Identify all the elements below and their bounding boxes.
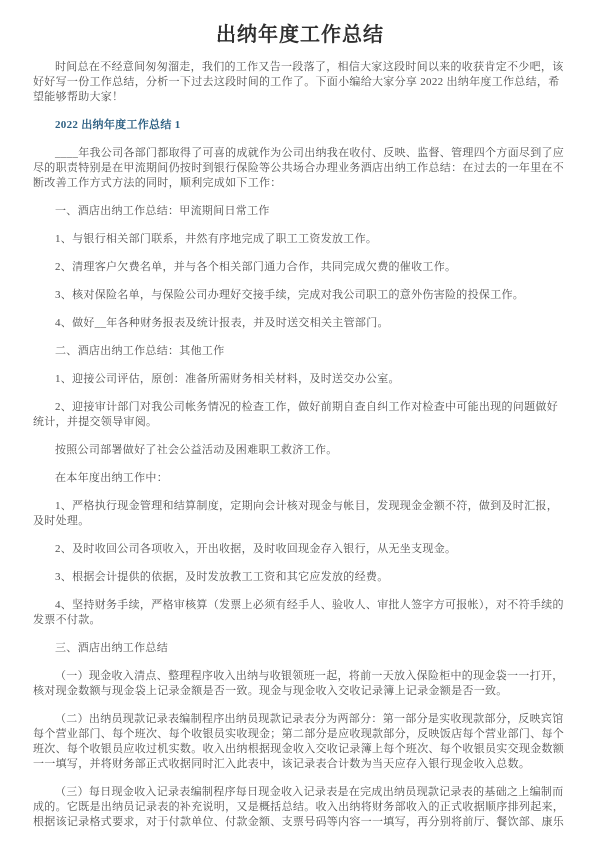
paragraph: 2、清理客户欠费名单，并与各个相关部门通力合作，共同完成欠费的催收工作。 — [33, 260, 567, 275]
paragraph: 4、坚持财务手续，严格审核算（发票上必须有经手人、验收人、审批人签字方可报帐），… — [33, 598, 567, 628]
paragraph: 4、做好__年各种财务报表及统计报表，并及时送交相关主管部门。 — [33, 316, 567, 331]
section-heading: 2022 出纳年度工作总结 1 — [33, 118, 567, 133]
document-body: 时间总在不经意间匆匆溜走，我们的工作又告一段落了，相信大家这段时间以来的收获肯定… — [33, 60, 567, 830]
paragraph: 2、及时收回公司各项收入，开出收据，及时收回现金存入银行，从无坐支现金。 — [33, 542, 567, 557]
paragraph: 1、严格执行现金管理和结算制度，定期向会计核对现金与帐目，发现现金金额不符，做到… — [33, 499, 567, 529]
paragraph: 三、酒店出纳工作总结 — [33, 641, 567, 656]
paragraph: （二）出纳员现款记录表编制程序出纳员现款记录表分为两部分：第一部分是实收现款部分… — [33, 712, 567, 772]
paragraph: 3、根据会计提供的依据，及时发放教工工资和其它应发放的经费。 — [33, 570, 567, 585]
paragraph: 1、与银行相关部门联系，井然有序地完成了职工工资发放工作。 — [33, 232, 567, 247]
document-title: 出纳年度工作总结 — [33, 22, 567, 48]
paragraph: 时间总在不经意间匆匆溜走，我们的工作又告一段落了，相信大家这段时间以来的收获肯定… — [33, 60, 567, 105]
paragraph: 3、核对保险名单，与保险公司办理好交接手续，完成对我公司职工的意外伤害险的投保工… — [33, 288, 567, 303]
paragraph: （三）每日现金收入记录表编制程序每日现金收入记录表是在完成出纳员现款记录表的基础… — [33, 785, 567, 830]
paragraph: 按照公司部署做好了社会公益活动及困难职工救济工作。 — [33, 443, 567, 458]
paragraph: 2、迎接审计部门对我公司帐务情况的检查工作，做好前期自查自纠工作对检查中可能出现… — [33, 400, 567, 430]
paragraph: 1、迎接公司评估，原创：准备所需财务相关材料，及时送交办公室。 — [33, 372, 567, 387]
paragraph: 一、酒店出纳工作总结：甲流期间日常工作 — [33, 204, 567, 219]
paragraph: ____年我公司各部门都取得了可喜的成就作为公司出纳我在收付、反映、监督、管理四… — [33, 146, 567, 191]
document-page: 出纳年度工作总结 时间总在不经意间匆匆溜走，我们的工作又告一段落了，相信大家这段… — [0, 0, 600, 849]
paragraph: 在本年度出纳工作中： — [33, 471, 567, 486]
paragraph: （一）现金收入清点、整理程序收入出纳与收银领班一起，将前一天放入保险柜中的现金袋… — [33, 669, 567, 699]
paragraph: 二、酒店出纳工作总结：其他工作 — [33, 344, 567, 359]
